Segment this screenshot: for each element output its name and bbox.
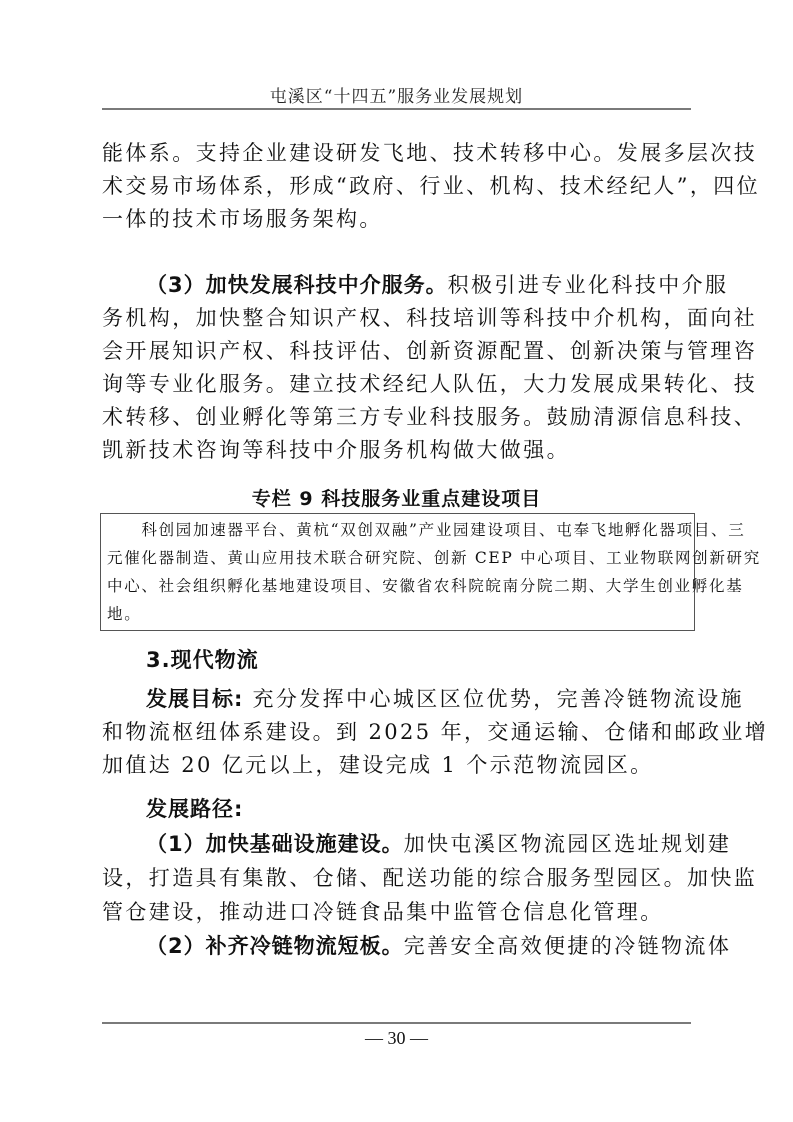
box-line: 中心、社会组织孵化基地建设项目、安徽省农科院皖南分院二期、大学生创业孵化基 <box>107 577 743 595</box>
item1-line: 设，打造具有集散、仓储、配送功能的综合服务型园区。加快监 <box>102 866 692 890</box>
box-title: 专栏 9 科技服务业重点建设项目 <box>0 484 793 511</box>
item2-text: 完善安全高效便捷的冷链物流体 <box>404 934 732 958</box>
body-text-para2-line: 凯新技术咨询等科技中介服务机构做大做强。 <box>102 438 692 462</box>
body-text-para2-line: 会开展知识产权、科技评估、创新资源配置、创新决策与管理咨 <box>102 339 692 363</box>
goal-line: 加值达 20 亿元以上，建设完成 1 个示范物流园区。 <box>102 753 692 777</box>
item1-first-line: （1）加快基础设施建设。加快屯溪区物流园区选址规划建 <box>146 832 692 856</box>
item2-first-line: （2）补齐冷链物流短板。完善安全高效便捷的冷链物流体 <box>146 934 692 958</box>
header-rule <box>102 108 691 110</box>
item1-text: 加快屯溪区物流园区选址规划建 <box>404 832 732 856</box>
path-label: 发展路径: <box>146 797 692 821</box>
key-projects-box: 科创园加速器平台、黄杭“双创双融”产业园建设项目、屯奉飞地孵化器项目、三 元催化… <box>100 513 695 631</box>
body-text-para2-line: 询等专业化服务。建立技术经纪人队伍，大力发展成果转化、技 <box>102 372 692 396</box>
item2-heading: （2）补齐冷链物流短板。 <box>146 934 404 958</box>
goal-label: 发展目标: <box>146 687 243 711</box>
goal-text: 充分发挥中心城区区位优势，完善冷链物流设施 <box>243 687 743 711</box>
body-text-para2-line: 术转移、创业孵化等第三方专业科技服务。鼓励清源信息科技、 <box>102 405 692 429</box>
box-line: 元催化器制造、黄山应用技术联合研究院、创新 CEP 中心项目、工业物联网创新研究 <box>107 549 761 567</box>
body-text-para2-line: 务机构，加快整合知识产权、科技培训等科技中介机构，面向社 <box>102 306 692 330</box>
page-header-title: 屯溪区“十四五”服务业发展规划 <box>0 82 793 107</box>
para2-first-line: （3）加快发展科技中介服务。积极引进专业化科技中介服 <box>146 273 692 297</box>
para2-text: 积极引进专业化科技中介服 <box>448 273 729 297</box>
box-line: 科创园加速器平台、黄杭“双创双融”产业园建设项目、屯奉飞地孵化器项目、三 <box>107 521 745 539</box>
para2-heading: （3）加快发展科技中介服务。 <box>146 273 448 297</box>
box-line: 地。 <box>107 605 141 623</box>
body-text-para1-line: 术交易市场体系，形成“政府、行业、机构、技术经纪人”，四位 <box>102 174 692 198</box>
body-text-para1-line: 一体的技术市场服务架构。 <box>102 207 692 231</box>
item1-line: 管仓建设，推动进口冷链食品集中监管仓信息化管理。 <box>102 900 692 924</box>
footer-rule <box>102 1022 691 1024</box>
goal-first-line: 发展目标: 充分发挥中心城区区位优势，完善冷链物流设施 <box>146 687 692 711</box>
item1-heading: （1）加快基础设施建设。 <box>146 832 404 856</box>
body-text-para1-line: 能体系。支持企业建设研发飞地、技术转移中心。发展多层次技 <box>102 141 692 165</box>
page-number: — 30 — <box>0 1028 793 1049</box>
section-heading: 3.现代物流 <box>146 648 692 672</box>
goal-line: 和物流枢纽体系建设。到 2025 年，交通运输、仓储和邮政业增 <box>102 720 692 744</box>
